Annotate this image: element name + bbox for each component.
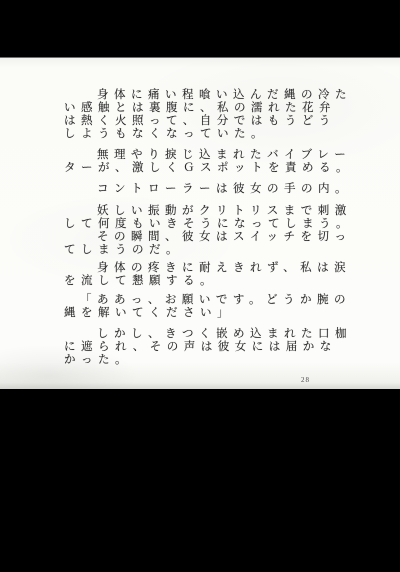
text-line: かった。: [64, 354, 364, 367]
paragraph: 身体に痛い程喰い込んだ縄の冷た い感触とは裏腹に、私の濡れた花弁 は熱く火照って…: [64, 89, 364, 141]
text-line: を流して懇願する。: [64, 275, 364, 288]
page-number: 28: [301, 376, 310, 384]
paragraph: 「ああっ、お願いです。どうか腕の 縄を解いてください」: [64, 294, 364, 320]
text-line: 縄を解いてください」: [64, 307, 364, 320]
paragraph: 妖しい振動がクリトリスまで刺激 して何度もいきそうになってしまう。 その瞬間、彼…: [64, 205, 364, 257]
text-line: コントローラーは彼女の手の内。: [64, 183, 364, 196]
text-line: に遮られ、その声は彼女には届かな: [64, 341, 364, 354]
text-line: 妖しい振動がクリトリスまで刺激: [64, 205, 364, 218]
text-line: てしまうのだ。: [64, 244, 364, 257]
text-line: しかし、きつく嵌め込まれた口枷: [64, 328, 364, 341]
paragraph: 身体の疼きに耐えきれず、私は涙 を流して懇願する。: [64, 262, 364, 288]
scan-background: { "colors": { "background": "#000000", "…: [0, 0, 400, 572]
text-line: は熱く火照って、自分ではもうどう: [64, 115, 364, 128]
paragraph: しかし、きつく嵌め込まれた口枷 に遮られ、その声は彼女には届かな かった。: [64, 328, 364, 367]
text-line: 身体に痛い程喰い込んだ縄の冷た: [64, 89, 364, 102]
text-line: 「ああっ、お願いです。どうか腕の: [64, 294, 364, 307]
text-line: 身体の疼きに耐えきれず、私は涙: [64, 262, 364, 275]
text-line: して何度もいきそうになってしまう。: [64, 218, 364, 231]
paragraph: コントローラーは彼女の手の内。: [64, 183, 364, 196]
scanned-page: 身体に痛い程喰い込んだ縄の冷た い感触とは裏腹に、私の濡れた花弁 は熱く火照って…: [0, 57, 400, 389]
text-line: ターが、激しくＧスポットを責める。: [64, 162, 364, 175]
text-line: い感触とは裏腹に、私の濡れた花弁: [64, 102, 364, 115]
text-line: 無理やり捩じ込まれたバイブレー: [64, 149, 364, 162]
paragraph: 無理やり捩じ込まれたバイブレー ターが、激しくＧスポットを責める。: [64, 149, 364, 175]
text-line: その瞬間、彼女はスイッチを切っ: [64, 231, 364, 244]
text-line: しようもなくなっていた。: [64, 128, 364, 141]
text-block: 身体に痛い程喰い込んだ縄の冷た い感触とは裏腹に、私の濡れた花弁 は熱く火照って…: [64, 89, 364, 367]
